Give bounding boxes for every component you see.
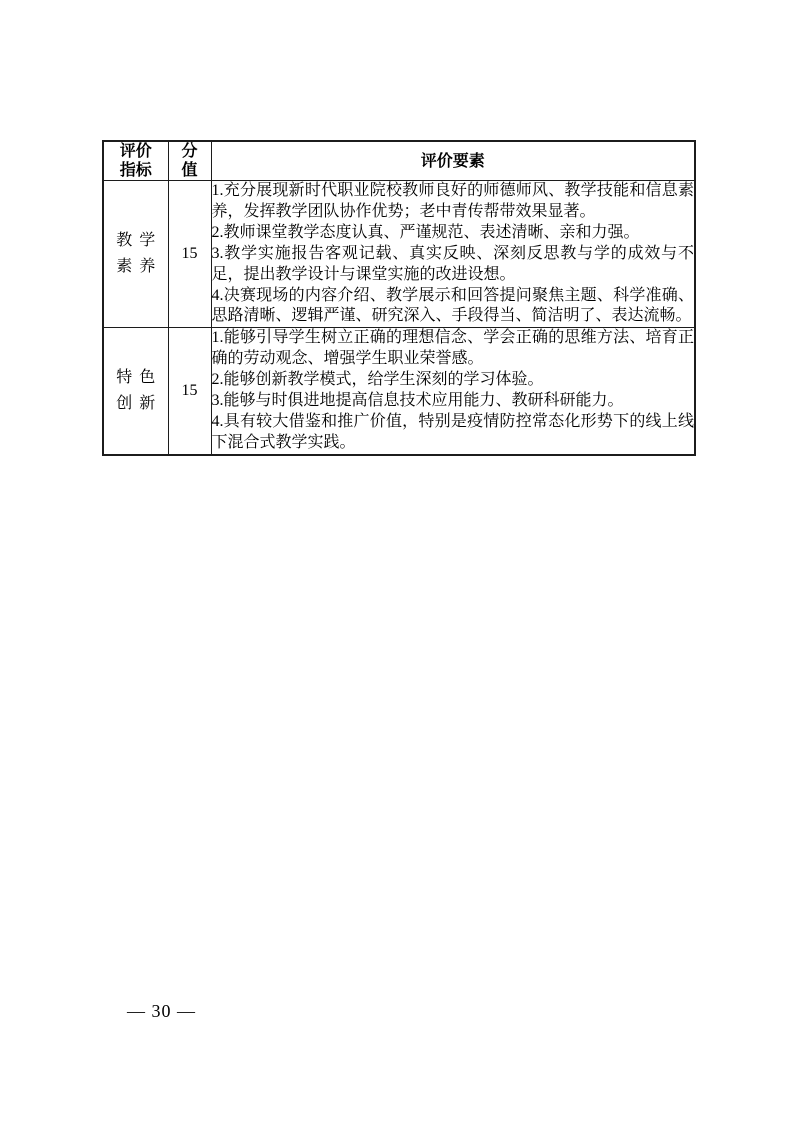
score-value: 15 (168, 328, 211, 455)
header-score-line1: 分 (169, 142, 211, 161)
table-row-distinctive-innovation: 特色 创新 15 1.能够引导学生树立正确的理想信念、学会正确的思维方法、培育正… (103, 328, 695, 455)
element-item: 3.能够与时俱进地提高信息技术应用能力、教研科研能力。 (212, 391, 695, 412)
elements-cell: 1.能够引导学生树立正确的理想信念、学会正确的思维方法、培育正确的劳动观念、增强… (211, 328, 695, 455)
header-indicator-line2: 指标 (104, 161, 168, 180)
element-item: 2.教师课堂教学态度认真、严谨规范、表述清晰、亲和力强。 (212, 223, 695, 244)
header-score: 分 值 (168, 141, 211, 181)
elements-cell: 1.充分展现新时代职业院校教师良好的师德师风、教学技能和信息素养，发挥教学团队协… (211, 181, 695, 328)
header-indicator: 评价 指标 (103, 141, 168, 181)
element-item: 1.能够引导学生树立正确的理想信念、学会正确的思维方法、培育正确的劳动观念、增强… (212, 328, 695, 370)
indicator-cell: 特色 创新 (103, 328, 168, 455)
element-item: 4.决赛现场的内容介绍、教学展示和回答提问聚焦主题、科学准确、思路清晰、逻辑严谨… (212, 286, 695, 328)
table-header-row: 评价 指标 分 值 评价要素 (103, 141, 695, 181)
evaluation-table: 评价 指标 分 值 评价要素 教学 素养 15 1.充分展现新时代职业院校教师良… (102, 140, 696, 456)
indicator-label-line1: 特色 (104, 365, 168, 391)
element-item: 1.充分展现新时代职业院校教师良好的师德师风、教学技能和信息素养，发挥教学团队协… (212, 181, 695, 223)
header-indicator-line1: 评价 (104, 142, 168, 161)
header-score-line2: 值 (169, 161, 211, 180)
element-item: 4.具有较大借鉴和推广价值，特别是疫情防控常态化形势下的线上线下混合式教学实践。 (212, 412, 695, 454)
indicator-cell: 教学 素养 (103, 181, 168, 328)
indicator-label-line2: 创新 (104, 391, 168, 417)
indicator-label-line2: 素养 (104, 254, 168, 280)
element-item: 2.能够创新教学模式，给学生深刻的学习体验。 (212, 370, 695, 391)
element-item: 3.教学实施报告客观记载、真实反映、深刻反思教与学的成效与不足，提出教学设计与课… (212, 244, 695, 286)
table-row-teaching-literacy: 教学 素养 15 1.充分展现新时代职业院校教师良好的师德师风、教学技能和信息素… (103, 181, 695, 328)
score-value: 15 (168, 181, 211, 328)
document-page: 评价 指标 分 值 评价要素 教学 素养 15 1.充分展现新时代职业院校教师良… (0, 0, 793, 1122)
page-number: — 30 — (127, 1001, 196, 1022)
indicator-label-line1: 教学 (104, 228, 168, 254)
header-elements: 评价要素 (211, 141, 695, 181)
